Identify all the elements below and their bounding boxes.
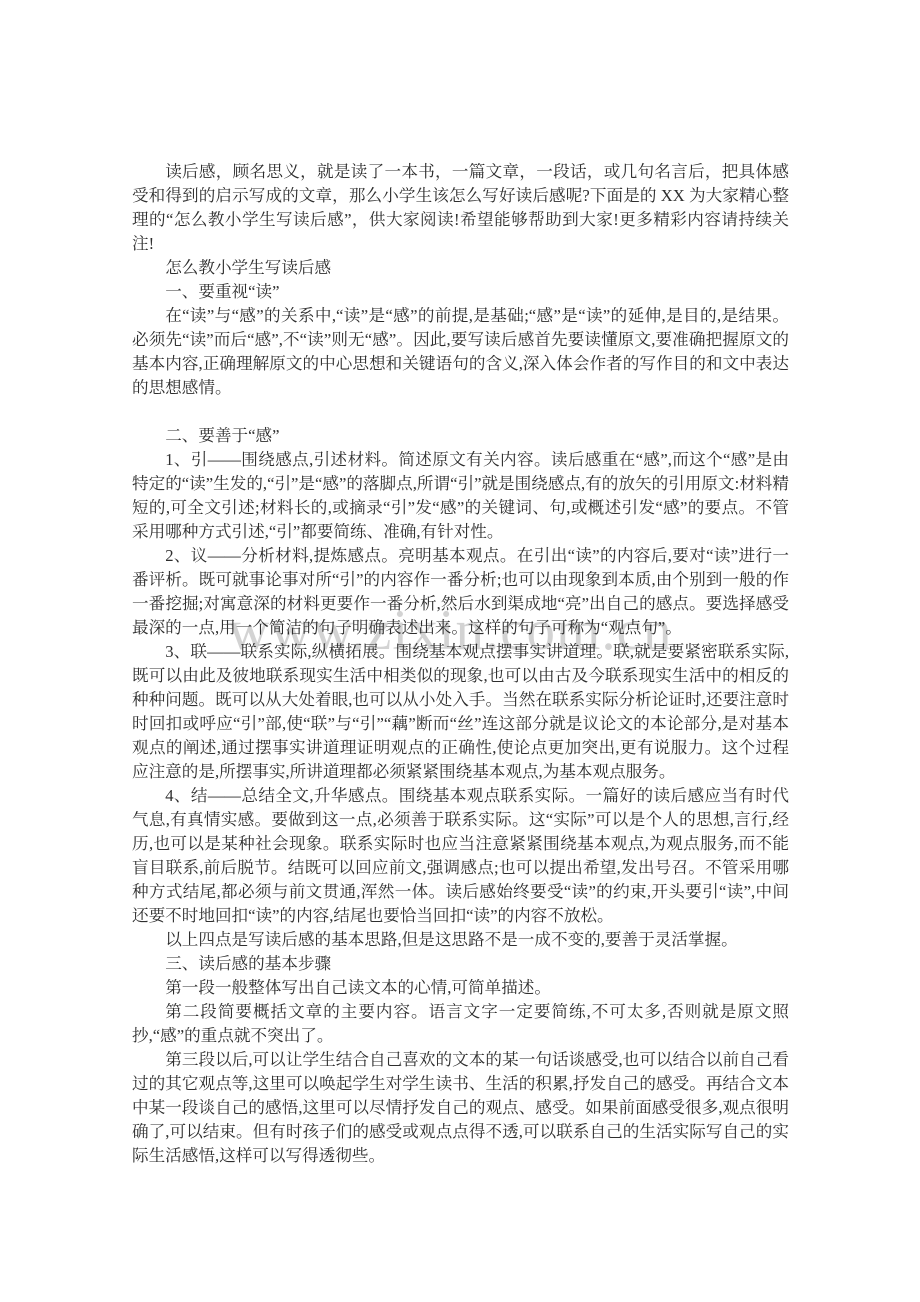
paragraph: 以上四点是写读后感的基本思路,但是这思路不是一成不变的,要善于灵活掌握。: [132, 928, 789, 952]
paragraph: 怎么教小学生写读后感: [132, 256, 789, 280]
paragraph: 2、议——分析材料,提炼感点。亮明基本观点。在引出“读”的内容后,要对“读”进行…: [132, 544, 789, 640]
paragraph: 三、读后感的基本步骤: [132, 952, 789, 976]
paragraph: 1、引——围绕感点,引述材料。简述原文有关内容。读后感重在“感”,而这个“感”是…: [132, 448, 789, 544]
document-page: www.zixin.com.cn 读后感，顾名思义，就是读了一本书，一篇文章，一…: [0, 0, 920, 1302]
paragraph: 第三段以后,可以让学生结合自己喜欢的文本的某一句话谈感受,也可以结合以前自己看过…: [132, 1048, 789, 1168]
document-body: 读后感，顾名思义，就是读了一本书，一篇文章，一段话，或几句名言后，把具体感受和得…: [132, 160, 789, 1168]
paragraph: 4、结——总结全文,升华感点。围绕基本观点联系实际。一篇好的读后感应当有时代气息…: [132, 784, 789, 928]
paragraph: 第二段简要概括文章的主要内容。语言文字一定要简练,不可太多,否则就是原文照抄,“…: [132, 1000, 789, 1048]
paragraph: 3、联——联系实际,纵横拓展。围绕基本观点摆事实讲道理。联,就是要紧密联系实际,…: [132, 640, 789, 784]
paragraph: 读后感，顾名思义，就是读了一本书，一篇文章，一段话，或几句名言后，把具体感受和得…: [132, 160, 789, 256]
paragraph: 二、要善于“感”: [132, 424, 789, 448]
paragraph: 一、要重视“读”: [132, 280, 789, 304]
paragraph: 在“读”与“感”的关系中,“读”是“感”的前提,是基础;“感”是“读”的延伸,是…: [132, 304, 789, 400]
paragraph: 第一段一般整体写出自己读文本的心情,可简单描述。: [132, 976, 789, 1000]
